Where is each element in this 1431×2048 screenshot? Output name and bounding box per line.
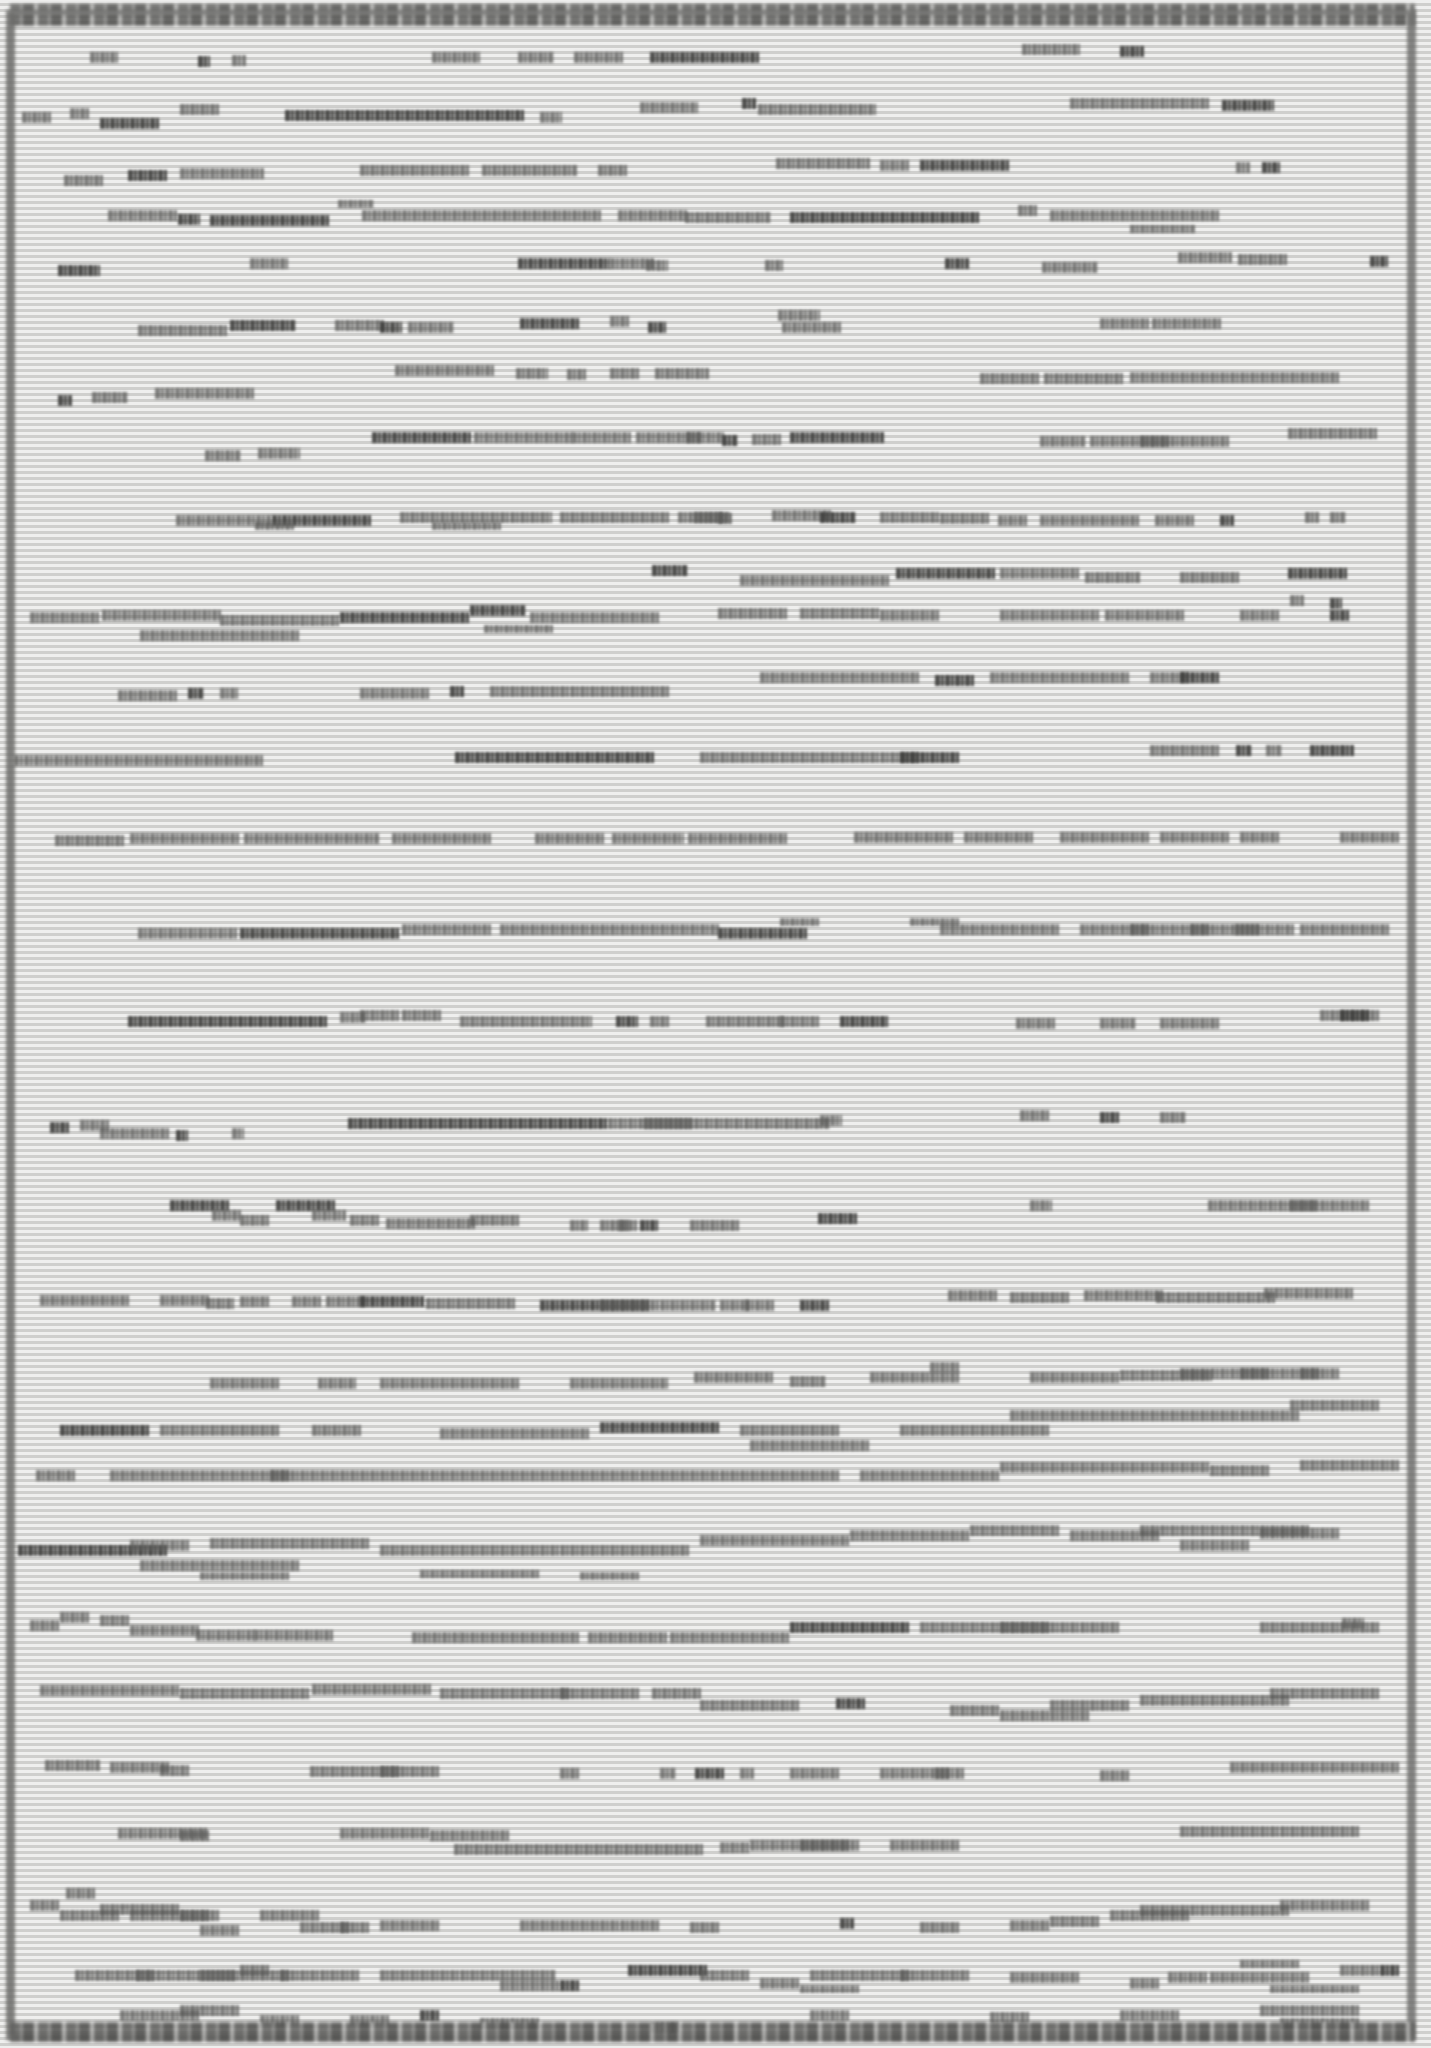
typed-fragment <box>1240 610 1280 621</box>
typewriter-artwork <box>0 0 1431 2048</box>
typed-fragment <box>160 1295 210 1306</box>
smudged-bottom-band <box>10 2022 1415 2042</box>
typed-fragment <box>820 1115 842 1126</box>
typed-fragment <box>312 1684 432 1695</box>
typed-fragment <box>810 2010 850 2021</box>
typed-fragment <box>790 1622 910 1633</box>
typed-fragment <box>340 612 470 623</box>
typed-fragment <box>790 432 884 443</box>
typed-fragment <box>64 175 104 186</box>
typed-fragment <box>484 625 554 633</box>
typed-fragment <box>910 918 960 926</box>
typed-fragment <box>230 320 296 331</box>
typed-fragment <box>280 1970 320 1981</box>
typed-fragment <box>1380 1965 1400 1976</box>
typed-fragment <box>1050 1700 1130 1711</box>
typed-fragment <box>40 1295 130 1306</box>
typed-fragment <box>948 1290 998 1301</box>
typed-fragment <box>650 52 760 63</box>
typed-fragment <box>1240 1410 1300 1421</box>
typed-fragment <box>1000 568 1080 579</box>
typed-fragment <box>1370 256 1388 267</box>
typed-fragment <box>540 112 562 123</box>
typed-fragment <box>1100 1770 1130 1781</box>
typed-fragment <box>980 373 1040 384</box>
typed-fragment <box>1300 924 1390 935</box>
typed-fragment <box>335 320 385 331</box>
typed-fragment <box>1105 610 1185 621</box>
typed-fragment <box>1020 924 1060 935</box>
typed-fragment <box>560 1768 580 1779</box>
typed-fragment <box>900 752 960 763</box>
typed-fragment <box>220 615 340 626</box>
typed-fragment <box>854 832 954 843</box>
typed-fragment <box>412 1632 460 1643</box>
typed-fragment <box>588 1632 668 1643</box>
typed-fragment <box>386 1218 476 1229</box>
typed-fragment <box>440 1688 570 1699</box>
typed-fragment <box>90 52 118 63</box>
typed-fragment <box>30 1620 60 1631</box>
typed-fragment <box>1130 372 1340 383</box>
typed-fragment <box>1290 1200 1370 1211</box>
typed-fragment <box>1085 572 1140 583</box>
typed-fragment <box>240 1965 270 1976</box>
typed-fragment <box>640 1220 658 1231</box>
typed-fragment <box>1266 745 1282 756</box>
typed-fragment <box>130 833 240 844</box>
typed-fragment <box>58 395 72 406</box>
typed-fragment <box>530 612 660 623</box>
typed-fragment <box>180 1688 310 1699</box>
typed-fragment <box>138 325 228 336</box>
typed-fragment <box>1210 1972 1270 1983</box>
typed-fragment <box>1156 1292 1276 1303</box>
typed-fragment <box>1264 1288 1354 1299</box>
typed-fragment <box>270 1470 430 1481</box>
typed-fragment <box>694 1372 774 1383</box>
typed-fragment <box>970 1525 1060 1536</box>
typed-fragment <box>800 1985 860 1993</box>
typed-fragment <box>205 450 241 461</box>
typed-fragment <box>1000 610 1100 621</box>
typed-fragment <box>810 1970 910 1981</box>
typed-fragment <box>618 210 688 221</box>
typed-fragment <box>100 118 160 129</box>
typed-fragment <box>292 1296 322 1307</box>
typed-fragment <box>1080 1622 1120 1633</box>
typed-fragment <box>722 435 738 446</box>
typed-fragment <box>780 918 820 926</box>
typed-fragment <box>206 1298 234 1309</box>
typed-fragment <box>14 755 264 766</box>
typed-fragment <box>1130 1978 1160 1989</box>
typed-fragment <box>1240 832 1280 843</box>
typed-fragment <box>1180 1826 1280 1837</box>
typed-fragment <box>652 565 688 576</box>
typed-fragment <box>880 610 940 621</box>
typed-fragment <box>348 1118 608 1129</box>
typed-fragment <box>1042 262 1098 273</box>
typed-fragment <box>232 55 246 66</box>
typed-fragment <box>860 1470 1000 1481</box>
typed-fragment <box>100 1128 170 1139</box>
typed-fragment <box>820 512 856 523</box>
typed-fragment <box>1262 162 1280 173</box>
typed-fragment <box>760 672 920 683</box>
typed-fragment <box>1180 572 1240 583</box>
typed-fragment <box>1022 44 1080 55</box>
typed-fragment <box>360 1296 424 1307</box>
typed-fragment <box>570 1378 668 1389</box>
typed-fragment <box>1140 436 1230 447</box>
typed-fragment <box>1070 98 1210 109</box>
typed-fragment <box>780 1016 820 1027</box>
typed-fragment <box>426 1298 516 1309</box>
typed-fragment <box>1120 46 1144 57</box>
typed-fragment <box>718 608 788 619</box>
typed-fragment <box>380 1378 520 1389</box>
typed-fragment <box>402 924 492 935</box>
typed-fragment <box>1290 1400 1380 1411</box>
typed-fragment <box>740 575 890 586</box>
typed-fragment <box>58 265 100 276</box>
typed-fragment <box>1168 1972 1208 1983</box>
typed-fragment <box>1016 1018 1056 1029</box>
typed-fragment <box>40 1685 180 1696</box>
typed-fragment <box>30 1900 60 1911</box>
typed-fragment <box>1305 512 1319 523</box>
typed-fragment <box>1044 373 1124 384</box>
typed-fragment <box>560 1545 690 1556</box>
typed-fragment <box>140 630 300 641</box>
typed-fragment <box>700 1700 800 1711</box>
typed-fragment <box>1120 2010 1180 2021</box>
typed-fragment <box>1290 595 1304 606</box>
typed-fragment <box>590 924 720 935</box>
typed-fragment <box>138 928 238 939</box>
typed-fragment <box>110 1470 290 1481</box>
typed-fragment <box>535 833 605 844</box>
typed-fragment <box>450 686 464 697</box>
typed-fragment <box>338 200 374 208</box>
typed-fragment <box>778 310 820 321</box>
typed-fragment <box>567 369 587 380</box>
typed-fragment <box>250 258 288 269</box>
typed-fragment <box>652 1688 702 1699</box>
typed-fragment <box>1100 1018 1136 1029</box>
typed-fragment <box>408 322 454 333</box>
typed-fragment <box>1330 610 1350 621</box>
typed-fragment <box>782 322 842 333</box>
typed-fragment <box>470 1215 520 1226</box>
typed-fragment <box>598 165 628 176</box>
typed-fragment <box>760 1978 800 1989</box>
typed-fragment <box>178 214 200 225</box>
typed-fragment <box>720 1470 840 1481</box>
typed-fragment <box>700 752 780 763</box>
typed-fragment <box>255 522 295 530</box>
typed-fragment <box>176 1130 188 1141</box>
typed-fragment <box>1140 1695 1290 1706</box>
typed-fragment <box>1340 1010 1370 1021</box>
typed-fragment <box>930 1362 960 1373</box>
typed-fragment <box>790 212 980 223</box>
typed-fragment <box>600 1300 660 1311</box>
typed-fragment <box>160 1625 200 1636</box>
typed-fragment <box>55 835 125 846</box>
typed-fragment <box>560 512 670 523</box>
typed-fragment <box>718 513 732 524</box>
typed-fragment <box>616 1016 638 1027</box>
typed-fragment <box>628 1965 708 1976</box>
typed-fragment <box>180 168 264 179</box>
typed-fragment <box>655 368 709 379</box>
typed-fragment <box>240 1215 270 1226</box>
typed-fragment <box>50 1122 70 1133</box>
typed-fragment <box>108 210 178 221</box>
typed-fragment <box>360 688 430 699</box>
typed-fragment <box>510 512 552 523</box>
typed-fragment <box>500 924 590 935</box>
typed-fragment <box>380 1766 440 1777</box>
typed-fragment <box>718 928 808 939</box>
typed-fragment <box>70 108 90 119</box>
typed-fragment <box>60 1425 150 1436</box>
typed-fragment <box>1230 1762 1320 1773</box>
typed-fragment <box>758 104 876 115</box>
typed-fragment <box>880 160 910 171</box>
typed-fragment <box>180 104 220 115</box>
typed-fragment <box>920 160 1010 171</box>
typed-fragment <box>890 1840 960 1851</box>
typed-fragment <box>210 1538 370 1549</box>
typed-fragment <box>1018 205 1038 216</box>
typed-fragment <box>1130 225 1195 233</box>
typed-fragment <box>258 448 300 459</box>
typed-fragment <box>1235 924 1295 935</box>
typed-fragment <box>1155 515 1195 526</box>
typed-fragment <box>880 512 940 523</box>
typed-fragment <box>618 1220 638 1231</box>
typed-fragment <box>22 112 52 123</box>
typed-fragment <box>440 1428 590 1439</box>
typed-fragment <box>130 1625 160 1636</box>
typed-fragment <box>560 1688 640 1699</box>
typed-fragment <box>320 1970 360 1981</box>
typed-fragment <box>362 210 602 221</box>
typed-fragment <box>380 1970 460 1981</box>
typed-fragment <box>520 318 580 329</box>
typed-fragment <box>430 1470 640 1481</box>
typed-fragment <box>432 52 480 63</box>
typed-fragment <box>790 1376 826 1387</box>
typed-fragment <box>1260 2005 1360 2016</box>
typed-fragment <box>1222 100 1274 111</box>
typed-fragment <box>720 1842 750 1853</box>
typed-fragment <box>180 2005 240 2016</box>
typed-fragment <box>1280 1826 1360 1837</box>
typed-fragment <box>1010 1972 1080 1983</box>
typed-fragment <box>800 1840 850 1851</box>
typed-fragment <box>1180 672 1220 683</box>
typed-fragment <box>744 1118 830 1129</box>
typed-fragment <box>1000 1462 1210 1473</box>
typed-fragment <box>200 1572 290 1580</box>
typed-fragment <box>210 215 330 226</box>
typed-fragment <box>600 1422 720 1433</box>
typed-fragment <box>850 1530 970 1541</box>
typed-fragment <box>240 928 400 939</box>
typed-fragment <box>1288 428 1378 439</box>
typed-fragment <box>128 1016 328 1027</box>
typed-fragment <box>660 1300 716 1311</box>
typed-fragment <box>1150 745 1220 756</box>
typed-fragment <box>1040 515 1140 526</box>
typed-fragment <box>220 688 238 699</box>
typed-fragment <box>455 752 655 763</box>
typed-fragment <box>920 1922 960 1933</box>
typed-fragment <box>935 1768 965 1779</box>
typed-fragment <box>420 2010 440 2021</box>
typed-fragment <box>1236 162 1250 173</box>
typed-fragment <box>1010 1292 1070 1303</box>
typed-fragment <box>196 1630 256 1641</box>
typed-fragment <box>474 432 574 443</box>
typed-fragment <box>312 1210 346 1221</box>
typed-fragment <box>745 1300 775 1311</box>
typed-fragment <box>1342 1618 1364 1629</box>
typed-fragment <box>1060 832 1150 843</box>
typed-fragment <box>66 1888 96 1899</box>
typed-fragment <box>402 1010 442 1021</box>
typed-fragment <box>940 513 990 524</box>
typed-fragment <box>1236 745 1252 756</box>
typed-fragment <box>800 608 880 619</box>
typed-fragment <box>1260 1528 1340 1539</box>
typed-fragment <box>646 260 668 271</box>
typed-fragment <box>92 392 128 403</box>
typed-fragment <box>740 1425 840 1436</box>
typed-fragment <box>610 368 640 379</box>
typed-fragment <box>640 102 698 113</box>
typed-fragment <box>1178 252 1232 263</box>
typed-fragment <box>790 1768 840 1779</box>
typed-fragment <box>620 1920 660 1931</box>
typed-fragment <box>752 434 782 445</box>
typed-fragment <box>1340 1965 1380 1976</box>
typed-fragment <box>1000 1710 1090 1721</box>
typed-fragment <box>780 752 880 763</box>
typed-fragment <box>610 316 630 327</box>
typed-fragment <box>740 1768 754 1779</box>
typed-fragment <box>1160 832 1230 843</box>
typed-fragment <box>896 568 996 579</box>
typed-fragment <box>340 1922 370 1933</box>
typed-fragment <box>460 1016 540 1027</box>
typed-fragment <box>1270 1985 1360 1993</box>
typed-fragment <box>900 1970 970 1981</box>
typed-fragment <box>644 1118 744 1129</box>
typed-fragment <box>800 1300 830 1311</box>
typed-fragment <box>1160 1018 1220 1029</box>
typed-fragment <box>1030 1372 1120 1383</box>
typed-fragment <box>574 52 624 63</box>
typed-fragment <box>100 1615 130 1626</box>
typed-fragment <box>180 1830 210 1841</box>
typed-fragment <box>160 1425 280 1436</box>
typed-fragment <box>560 1980 580 1991</box>
typed-fragment <box>935 675 975 686</box>
typed-fragment <box>540 1016 592 1027</box>
typed-fragment <box>432 522 502 530</box>
typed-fragment <box>700 1535 850 1546</box>
typed-fragment <box>695 1768 725 1779</box>
typed-fragment <box>454 1844 704 1855</box>
typed-fragment <box>1238 254 1288 265</box>
typed-fragment <box>36 1470 76 1481</box>
typed-fragment <box>380 322 402 333</box>
typed-fragment <box>380 1545 560 1556</box>
typed-fragment <box>140 1560 300 1571</box>
typed-fragment <box>516 368 548 379</box>
typed-fragment <box>30 612 100 623</box>
typed-fragment <box>380 1920 440 1931</box>
typed-fragment <box>1210 1465 1270 1476</box>
typed-fragment <box>1270 1972 1310 1983</box>
typed-fragment <box>776 158 870 169</box>
typed-fragment <box>750 1440 870 1451</box>
typed-fragment <box>518 52 554 63</box>
typed-fragment <box>60 1612 90 1623</box>
typed-fragment <box>640 1470 720 1481</box>
typed-fragment <box>285 110 525 121</box>
typed-fragment <box>818 1213 858 1224</box>
typed-fragment <box>840 1016 888 1027</box>
typed-fragment <box>1240 1960 1300 1968</box>
typed-fragment <box>210 1378 280 1389</box>
typed-fragment <box>572 432 632 443</box>
typed-fragment <box>500 1980 560 1991</box>
typed-fragment <box>254 1630 334 1641</box>
typed-fragment <box>964 832 1034 843</box>
typed-fragment <box>580 1572 640 1580</box>
typed-fragment <box>1340 832 1400 843</box>
typed-fragment <box>188 688 204 699</box>
typed-fragment <box>570 686 670 697</box>
typed-fragment <box>198 56 210 67</box>
typed-fragment <box>612 833 684 844</box>
typed-fragment <box>490 686 570 697</box>
typed-fragment <box>1020 1110 1050 1121</box>
typed-fragment <box>1280 1900 1370 1911</box>
typed-fragment <box>1310 745 1354 756</box>
typed-fragment <box>742 98 756 109</box>
typed-fragment <box>470 605 526 616</box>
typed-fragment <box>372 432 472 443</box>
typed-fragment <box>685 212 771 223</box>
typed-fragment <box>650 1016 670 1027</box>
typed-fragment <box>840 1918 854 1929</box>
typed-fragment <box>900 1425 1050 1436</box>
typed-fragment <box>128 170 168 181</box>
typed-fragment <box>312 1425 362 1436</box>
typed-fragment <box>1320 1762 1400 1773</box>
typed-fragment <box>1050 1916 1100 1927</box>
typed-fragment <box>260 1910 320 1921</box>
typed-fragment <box>240 1296 270 1307</box>
typed-fragment <box>45 1760 100 1771</box>
